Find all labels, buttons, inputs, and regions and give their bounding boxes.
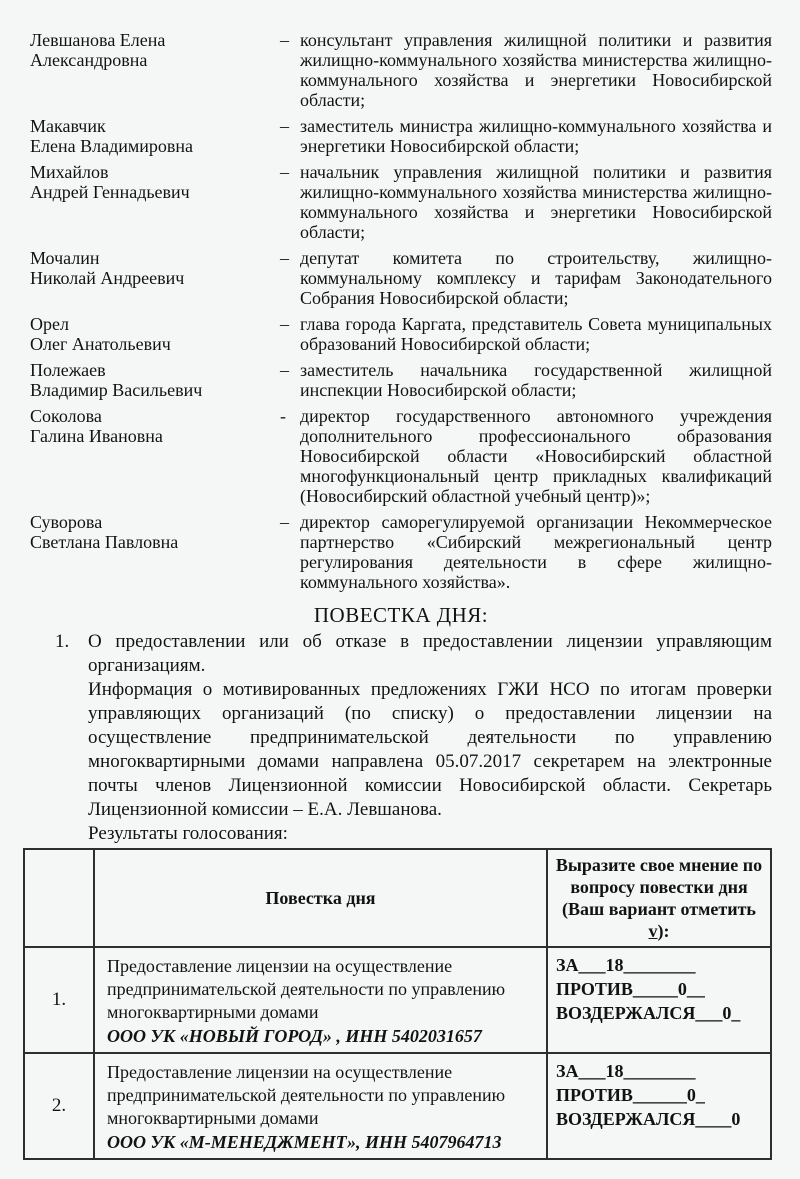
member-row: Орел Олег Анатольевич – глава города Кар… <box>30 314 772 354</box>
row-number: 2. <box>24 1053 94 1159</box>
dash-separator: – <box>280 30 300 110</box>
table-row: 1. Предоставление лицензии на осуществле… <box>24 947 771 1053</box>
agenda-section: ПОВЕСТКА ДНЯ: 1. О предоставлении или об… <box>30 602 772 846</box>
member-name: Орел Олег Анатольевич <box>30 314 280 354</box>
vote-protiv: ПРОТИВ______0_ <box>556 1083 766 1107</box>
agenda-title: ПОВЕСТКА ДНЯ: <box>30 602 772 628</box>
member-role: директор саморегулируемой организации Не… <box>300 512 772 592</box>
dash-separator: - <box>280 406 300 506</box>
license-description: Предоставление лицензии на осуществление… <box>107 955 536 1024</box>
member-name: Михайлов Андрей Геннадьевич <box>30 162 280 242</box>
dash-separator: – <box>280 360 300 400</box>
member-name: Левшанова Елена Александровна <box>30 30 280 110</box>
dash-separator: – <box>280 248 300 308</box>
agenda-item-text: О предоставлении или об отказе в предост… <box>88 630 772 678</box>
mark-suffix: ): <box>658 921 670 941</box>
member-row: Левшанова Елена Александровна – консульт… <box>30 30 772 110</box>
member-row: Михайлов Андрей Геннадьевич – начальник … <box>30 162 772 242</box>
header-opinion-cell: Выразите свое мнение по вопросу повестки… <box>547 849 771 947</box>
dash-separator: – <box>280 116 300 156</box>
agenda-item-number: 1. <box>30 630 88 678</box>
company-name: ООО УК «НОВЫЙ ГОРОД» , ИНН 5402031657 <box>107 1025 536 1048</box>
header-number-cell <box>24 849 94 947</box>
vote-protiv: ПРОТИВ_____0__ <box>556 977 766 1001</box>
license-description: Предоставление лицензии на осуществление… <box>107 1061 536 1130</box>
opinion-header-mark-line: v): <box>550 920 768 942</box>
row-description-cell: Предоставление лицензии на осуществление… <box>94 947 547 1053</box>
row-number: 1. <box>24 947 94 1053</box>
header-agenda-cell: Повестка дня <box>94 849 547 947</box>
agenda-paragraph: Информация о мотивированных предложениях… <box>88 678 772 822</box>
agenda-item-1: 1. О предоставлении или об отказе в пред… <box>30 630 772 678</box>
member-name: Мочалин Николай Андреевич <box>30 248 280 308</box>
company-name: ООО УК «М-МЕНЕДЖМЕНТ», ИНН 5407964713 <box>107 1131 536 1154</box>
member-name: Суворова Светлана Павловна <box>30 512 280 592</box>
opinion-header-line: Выразите свое мнение по <box>550 854 768 876</box>
vote-za: ЗА___18________ <box>556 953 766 977</box>
member-row: Макавчик Елена Владимировна – заместител… <box>30 116 772 156</box>
members-list: Левшанова Елена Александровна – консульт… <box>30 30 772 592</box>
member-name: Макавчик Елена Владимировна <box>30 116 280 156</box>
voting-results-label: Результаты голосования: <box>88 822 772 846</box>
row-description-cell: Предоставление лицензии на осуществление… <box>94 1053 547 1159</box>
opinion-header-line: вопросу повестки дня <box>550 876 768 898</box>
check-mark-symbol: v <box>649 921 658 941</box>
opinion-header-line: (Ваш вариант отметить <box>550 898 768 920</box>
voting-results-table: Повестка дня Выразите свое мнение по воп… <box>23 848 772 1160</box>
dash-separator: – <box>280 314 300 354</box>
member-name: Соколова Галина Ивановна <box>30 406 280 506</box>
member-row: Соколова Галина Ивановна - директор госу… <box>30 406 772 506</box>
table-row: 2. Предоставление лицензии на осуществле… <box>24 1053 771 1159</box>
member-role: глава города Каргата, представитель Сове… <box>300 314 772 354</box>
row-votes-cell: ЗА___18________ ПРОТИВ_____0__ ВОЗДЕРЖАЛ… <box>547 947 771 1053</box>
member-role: заместитель министра жилищно-коммунально… <box>300 116 772 156</box>
member-row: Суворова Светлана Павловна – директор са… <box>30 512 772 592</box>
vote-vozderzhalsya: ВОЗДЕРЖАЛСЯ____0 <box>556 1107 766 1131</box>
member-role: директор государственного автономного уч… <box>300 406 772 506</box>
document-page: Левшанова Елена Александровна – консульт… <box>0 0 800 1179</box>
member-role: депутат комитета по строительству, жилищ… <box>300 248 772 308</box>
member-row: Полежаев Владимир Васильевич – заместите… <box>30 360 772 400</box>
member-row: Мочалин Николай Андреевич – депутат коми… <box>30 248 772 308</box>
member-role: заместитель начальника государственной ж… <box>300 360 772 400</box>
row-votes-cell: ЗА___18________ ПРОТИВ______0_ ВОЗДЕРЖАЛ… <box>547 1053 771 1159</box>
dash-separator: – <box>280 512 300 592</box>
vote-vozderzhalsya: ВОЗДЕРЖАЛСЯ___0_ <box>556 1001 766 1025</box>
member-role: начальник управления жилищной политики и… <box>300 162 772 242</box>
vote-za: ЗА___18________ <box>556 1059 766 1083</box>
member-name: Полежаев Владимир Васильевич <box>30 360 280 400</box>
dash-separator: – <box>280 162 300 242</box>
table-header-row: Повестка дня Выразите свое мнение по воп… <box>24 849 771 947</box>
member-role: консультант управления жилищной политики… <box>300 30 772 110</box>
